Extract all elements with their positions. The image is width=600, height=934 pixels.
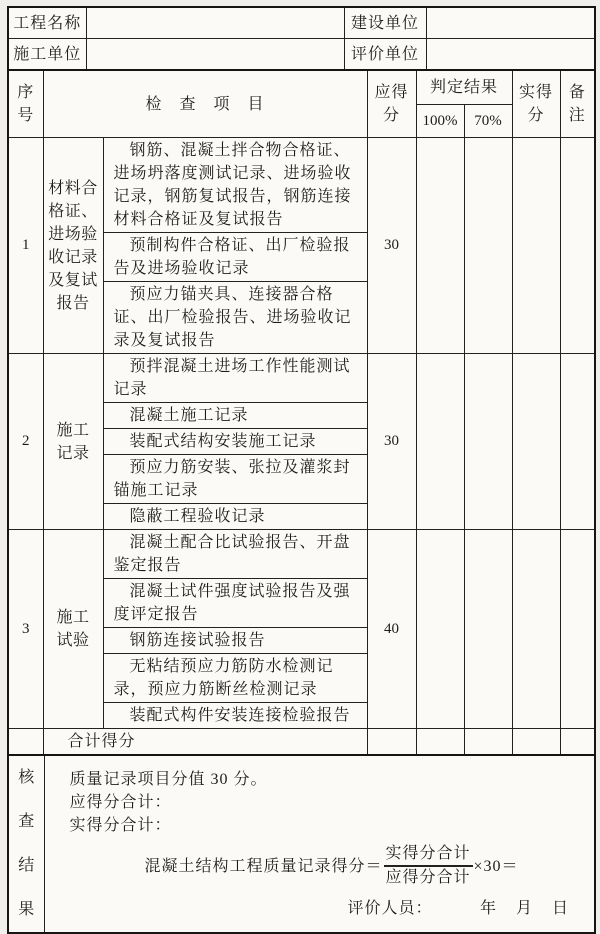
info-row-2: 施工单位 评价单位 [8, 39, 595, 71]
project-name-label: 工程名称 [8, 7, 86, 39]
verification-content-cell: 质量记录项目分值 30 分。 应得分合计： 实得分合计： 混凝土结构工程质量记录… [44, 755, 595, 933]
group3-actual-score-cell [512, 530, 560, 729]
date-label: 年 月 日 [480, 897, 570, 920]
checklist-table: 序号 检 查 项 目 应得分 判定结果 实得分 备注 100% 70% 1 材料… [7, 69, 596, 756]
info-table: 工程名称 建设单位 施工单位 评价单位 [7, 6, 596, 71]
group1-actual-score-cell [512, 138, 560, 354]
verification-label: 核查结果 [18, 756, 34, 932]
group3-judgment-70-cell [464, 530, 512, 729]
header-row-1: 序号 检 查 项 目 应得分 判定结果 实得分 备注 [8, 70, 595, 105]
table-row: 3 施工 试验 混凝土配合比试验报告、开盘鉴定报告 40 [8, 530, 595, 579]
score-formula: 混凝土结构工程质量记录得分＝ 实得分合计 应得分合计 ×30＝ [70, 843, 595, 889]
group2-seq: 2 [8, 354, 43, 530]
group3-seq: 3 [8, 530, 43, 729]
formula-fraction: 实得分合计 应得分合计 [384, 843, 473, 889]
actual-score-total-line: 实得分合计： [70, 814, 595, 837]
group2-item-1: 预拌混凝土进场工作性能测试记录 [103, 354, 367, 403]
total-score-row: 合计得分 [8, 729, 595, 756]
project-name-value [86, 7, 344, 39]
col-header-inspection-items: 检 查 项 目 [43, 70, 367, 138]
spacer [70, 889, 595, 897]
contractor-label: 施工单位 [8, 39, 86, 71]
group3-remarks-cell [560, 530, 595, 729]
record-score-note: 质量记录项目分值 30 分。 [70, 768, 595, 791]
group2-remarks-cell [560, 354, 595, 530]
verification-content: 质量记录项目分值 30 分。 应得分合计： 实得分合计： 混凝土结构工程质量记录… [45, 756, 595, 932]
signature-line: 评价人员： 年 月 日 [70, 897, 595, 920]
col-header-due-score: 应得分 [367, 70, 416, 138]
group2-category: 施工 记录 [43, 354, 103, 530]
col-header-actual-score: 实得分 [512, 70, 560, 138]
group2-judgment-70-cell [464, 354, 512, 530]
evaluation-unit-value [426, 39, 595, 71]
group3-judgment-100-cell [416, 530, 464, 729]
group1-item-3: 预应力锚夹具、连接器合格证、出厂检验报告、进场验收记录及复试报告 [103, 282, 367, 354]
table-row: 1 材料合格证、进场验收记录及复试报告 钢筋、混凝土拌合物合格证、进场坍落度测试… [8, 138, 595, 233]
evaluator-label: 评价人员： [348, 897, 433, 920]
col-header-seq: 序号 [8, 70, 43, 138]
group3-item-3: 钢筋连接试验报告 [103, 628, 367, 654]
total-judgment-100-cell [416, 729, 464, 756]
group2-item-5: 隐蔽工程验收记录 [103, 504, 367, 530]
formula-prefix: 混凝土结构工程质量记录得分＝ [145, 855, 383, 878]
formula-denominator: 应得分合计 [384, 867, 473, 889]
total-remarks-cell [560, 729, 595, 756]
col-header-100pct: 100% [416, 105, 464, 138]
col-header-70pct: 70% [464, 105, 512, 138]
scanned-form-page: 工程名称 建设单位 施工单位 评价单位 序号 检 查 项 目 应得分 判定结果 … [0, 0, 600, 934]
total-due-score-cell [367, 729, 416, 756]
total-score-label: 合计得分 [43, 729, 367, 756]
group2-judgment-100-cell [416, 354, 464, 530]
group1-due-score: 30 [367, 138, 416, 354]
group3-item-1: 混凝土配合比试验报告、开盘鉴定报告 [103, 530, 367, 579]
construction-unit-label: 建设单位 [344, 7, 426, 39]
group3-item-5: 装配式构件安装连接检验报告 [103, 703, 367, 729]
group2-actual-score-cell [512, 354, 560, 530]
verification-row: 核查结果 质量记录项目分值 30 分。 应得分合计： 实得分合计： 混凝土结构工… [8, 755, 595, 933]
table-row: 2 施工 记录 预拌混凝土进场工作性能测试记录 30 [8, 354, 595, 403]
group2-item-4: 预应力筋安装、张拉及灌浆封锚施工记录 [103, 455, 367, 504]
group2-due-score: 30 [367, 354, 416, 530]
total-judgment-70-cell [464, 729, 512, 756]
group2-item-3: 装配式结构安装施工记录 [103, 429, 367, 455]
group1-remarks-cell [560, 138, 595, 354]
info-row-1: 工程名称 建设单位 [8, 7, 595, 39]
formula-numerator: 实得分合计 [384, 843, 473, 867]
construction-unit-value [426, 7, 595, 39]
group1-seq: 1 [8, 138, 43, 354]
group3-item-4: 无粘结预应力筋防水检测记录，预应力筋断丝检测记录 [103, 654, 367, 703]
total-actual-score-cell [512, 729, 560, 756]
col-header-judgment-result: 判定结果 [416, 70, 512, 105]
group3-item-2: 混凝土试件强度试验报告及强度评定报告 [103, 579, 367, 628]
group3-due-score: 40 [367, 530, 416, 729]
group1-judgment-70-cell [464, 138, 512, 354]
group1-item-1: 钢筋、混凝土拌合物合格证、进场坍落度测试记录、进场验收记录，钢筋复试报告，钢筋连… [103, 138, 367, 233]
group2-item-2: 混凝土施工记录 [103, 403, 367, 429]
contractor-value [86, 39, 344, 71]
group3-category: 施工 试验 [43, 530, 103, 729]
verification-label-cell: 核查结果 [8, 755, 44, 933]
verification-section: 核查结果 质量记录项目分值 30 分。 应得分合计： 实得分合计： 混凝土结构工… [7, 754, 596, 934]
group1-category: 材料合格证、进场验收记录及复试报告 [43, 138, 103, 354]
col-header-remarks: 备注 [560, 70, 595, 138]
formula-suffix: ×30＝ [474, 855, 519, 878]
due-score-total-line: 应得分合计： [70, 791, 595, 814]
group1-judgment-100-cell [416, 138, 464, 354]
group1-item-2: 预制构件合格证、出厂检验报告及进场验收记录 [103, 233, 367, 282]
evaluation-unit-label: 评价单位 [344, 39, 426, 71]
total-row-seq-cell [8, 729, 43, 756]
